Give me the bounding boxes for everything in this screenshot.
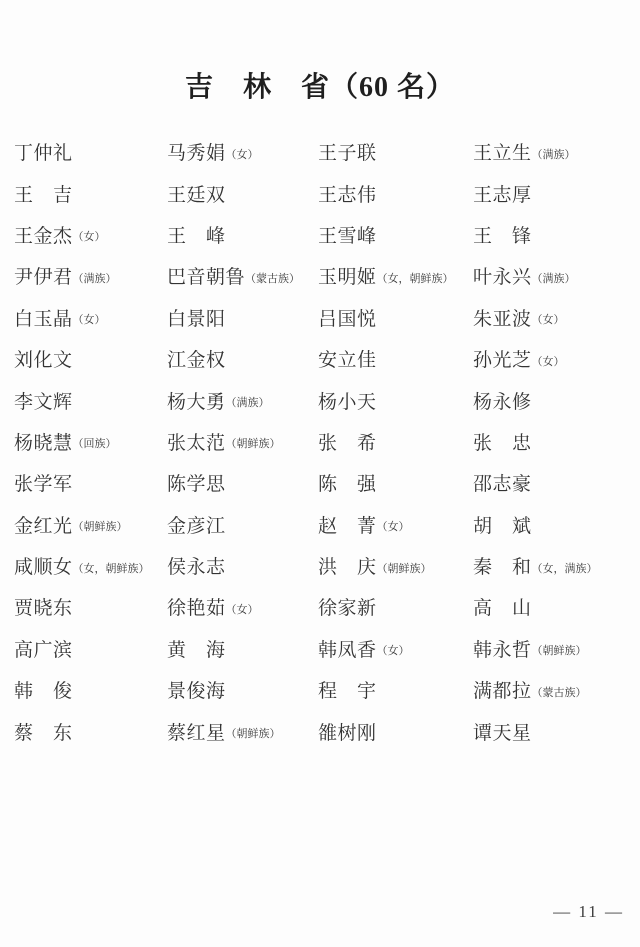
name-cell: 谭天星 [473, 710, 628, 751]
name-cell: 张 希 [318, 421, 473, 462]
person-ethnicity-gender-tag: （女） [226, 142, 259, 162]
name-cell: 蔡 东 [14, 710, 167, 751]
person-name: 蔡红星 [167, 718, 226, 745]
name-cell: 王子联 [318, 131, 473, 172]
person-name: 高 山 [473, 593, 532, 620]
person-name: 叶永兴 [473, 262, 532, 289]
name-cell: 黄 海 [167, 628, 318, 669]
name-cell: 王廷双 [167, 172, 318, 213]
person-ethnicity-gender-tag: （朝鲜族） [226, 721, 281, 741]
person-name: 胡 斌 [473, 511, 532, 538]
person-ethnicity-gender-tag: （朝鲜族） [377, 556, 432, 576]
person-name: 陈学思 [167, 469, 226, 496]
person-name: 王志伟 [318, 180, 377, 207]
person-name: 邵志豪 [473, 469, 532, 496]
person-name: 王廷双 [167, 180, 226, 207]
person-ethnicity-gender-tag: （女） [226, 597, 259, 617]
person-ethnicity-gender-tag: （女） [377, 638, 410, 658]
name-cell: 杨永修 [473, 379, 628, 420]
person-name: 张太范 [167, 428, 226, 455]
person-name: 韩永哲 [473, 635, 532, 662]
person-name: 高广滨 [14, 635, 73, 662]
person-name: 杨永修 [473, 387, 532, 414]
person-name: 王金杰 [14, 221, 73, 248]
person-name: 玉明姬 [318, 262, 377, 289]
person-name: 白玉晶 [14, 304, 73, 331]
name-cell: 杨晓慧（回族） [14, 421, 167, 462]
person-name: 金红光 [14, 511, 73, 538]
name-cell: 马秀娟（女） [167, 131, 318, 172]
person-name: 洪 庆 [318, 552, 377, 579]
name-cell: 高 山 [473, 586, 628, 627]
person-name: 朱亚波 [473, 304, 532, 331]
person-ethnicity-gender-tag: （女，朝鲜族） [377, 266, 454, 286]
name-cell: 秦 和（女，满族） [473, 545, 628, 586]
person-ethnicity-gender-tag: （满族） [226, 390, 270, 410]
name-cell: 李文辉 [14, 379, 167, 420]
person-name: 王立生 [473, 138, 532, 165]
name-cell: 王雪峰 [318, 214, 473, 255]
name-cell: 朱亚波（女） [473, 297, 628, 338]
name-cell: 王 吉 [14, 172, 167, 213]
name-cell: 玉明姬（女，朝鲜族） [318, 255, 473, 296]
name-cell: 景俊海 [167, 669, 318, 710]
person-ethnicity-gender-tag: （女） [532, 349, 565, 369]
person-ethnicity-gender-tag: （朝鲜族） [226, 431, 281, 451]
person-name: 程 宇 [318, 676, 377, 703]
name-cell: 侯永志 [167, 545, 318, 586]
name-cell: 王 锋 [473, 214, 628, 255]
person-name: 张 忠 [473, 428, 532, 455]
person-ethnicity-gender-tag: （朝鲜族） [532, 638, 587, 658]
name-cell: 金红光（朝鲜族） [14, 504, 167, 545]
person-name: 徐家新 [318, 593, 377, 620]
name-cell: 韩永哲（朝鲜族） [473, 628, 628, 669]
person-name: 黄 海 [167, 635, 226, 662]
person-name: 吕国悦 [318, 304, 377, 331]
person-ethnicity-gender-tag: （蒙古族） [532, 680, 587, 700]
person-ethnicity-gender-tag: （女，满族） [532, 556, 598, 576]
page-number: — 11 — [553, 902, 624, 922]
name-cell: 洪 庆（朝鲜族） [318, 545, 473, 586]
person-ethnicity-gender-tag: （女） [73, 307, 106, 327]
name-cell: 赵 菁（女） [318, 504, 473, 545]
name-cell: 张学军 [14, 462, 167, 503]
person-name: 巴音朝鲁 [167, 262, 245, 289]
name-grid: 丁仲礼马秀娟（女）王子联王立生（满族）王 吉王廷双王志伟王志厚王金杰（女）王 峰… [14, 131, 628, 752]
name-cell: 王 峰 [167, 214, 318, 255]
person-ethnicity-gender-tag: （满族） [532, 142, 576, 162]
name-cell: 王金杰（女） [14, 214, 167, 255]
name-cell: 胡 斌 [473, 504, 628, 545]
person-name: 景俊海 [167, 676, 226, 703]
person-name: 杨大勇 [167, 387, 226, 414]
person-ethnicity-gender-tag: （蒙古族） [245, 266, 300, 286]
name-cell: 杨大勇（满族） [167, 379, 318, 420]
person-name: 蔡 东 [14, 718, 73, 745]
name-cell: 程 宇 [318, 669, 473, 710]
person-ethnicity-gender-tag: （女） [73, 224, 106, 244]
person-name: 马秀娟 [167, 138, 226, 165]
name-cell: 陈 强 [318, 462, 473, 503]
name-cell: 尹伊君（满族） [14, 255, 167, 296]
person-name: 雒树刚 [318, 718, 377, 745]
person-name: 王 峰 [167, 221, 226, 248]
name-cell: 韩凤香（女） [318, 628, 473, 669]
person-ethnicity-gender-tag: （朝鲜族） [73, 514, 128, 534]
name-cell: 徐艳茹（女） [167, 586, 318, 627]
name-cell: 徐家新 [318, 586, 473, 627]
name-cell: 满都拉（蒙古族） [473, 669, 628, 710]
person-name: 王雪峰 [318, 221, 377, 248]
name-cell: 张 忠 [473, 421, 628, 462]
name-cell: 金彦江 [167, 504, 318, 545]
person-name: 侯永志 [167, 552, 226, 579]
person-name: 秦 和 [473, 552, 532, 579]
person-name: 丁仲礼 [14, 138, 73, 165]
person-ethnicity-gender-tag: （满族） [73, 266, 117, 286]
name-cell: 吕国悦 [318, 297, 473, 338]
name-cell: 陈学思 [167, 462, 318, 503]
person-name: 杨小天 [318, 387, 377, 414]
name-cell: 咸顺女（女，朝鲜族） [14, 545, 167, 586]
name-cell: 王立生（满族） [473, 131, 628, 172]
name-cell: 丁仲礼 [14, 131, 167, 172]
name-cell: 江金权 [167, 338, 318, 379]
person-name: 王 锋 [473, 221, 532, 248]
name-cell: 安立佳 [318, 338, 473, 379]
person-name: 杨晓慧 [14, 428, 73, 455]
name-cell: 王志伟 [318, 172, 473, 213]
person-name: 满都拉 [473, 676, 532, 703]
name-cell: 蔡红星（朝鲜族） [167, 710, 318, 751]
person-name: 张学军 [14, 469, 73, 496]
person-ethnicity-gender-tag: （满族） [532, 266, 576, 286]
name-cell: 高广滨 [14, 628, 167, 669]
name-cell: 刘化文 [14, 338, 167, 379]
person-name: 刘化文 [14, 345, 73, 372]
person-name: 白景阳 [167, 304, 226, 331]
person-name: 王 吉 [14, 180, 73, 207]
person-name: 韩凤香 [318, 635, 377, 662]
person-name: 贾晓东 [14, 593, 73, 620]
name-cell: 杨小天 [318, 379, 473, 420]
person-name: 江金权 [167, 345, 226, 372]
name-cell: 韩 俊 [14, 669, 167, 710]
person-name: 徐艳茹 [167, 593, 226, 620]
person-name: 李文辉 [14, 387, 73, 414]
person-name: 赵 菁 [318, 511, 377, 538]
name-cell: 张太范（朝鲜族） [167, 421, 318, 462]
person-ethnicity-gender-tag: （女，朝鲜族） [73, 556, 150, 576]
name-cell: 雒树刚 [318, 710, 473, 751]
person-name: 王志厚 [473, 180, 532, 207]
person-name: 孙光芝 [473, 345, 532, 372]
person-name: 陈 强 [318, 469, 377, 496]
person-name: 张 希 [318, 428, 377, 455]
name-cell: 白景阳 [167, 297, 318, 338]
name-cell: 王志厚 [473, 172, 628, 213]
person-name: 金彦江 [167, 511, 226, 538]
name-cell: 贾晓东 [14, 586, 167, 627]
person-ethnicity-gender-tag: （女） [532, 307, 565, 327]
person-ethnicity-gender-tag: （回族） [73, 431, 117, 451]
person-name: 谭天星 [473, 718, 532, 745]
name-cell: 巴音朝鲁（蒙古族） [167, 255, 318, 296]
person-name: 韩 俊 [14, 676, 73, 703]
person-ethnicity-gender-tag: （女） [377, 514, 410, 534]
name-cell: 叶永兴（满族） [473, 255, 628, 296]
person-name: 咸顺女 [14, 552, 73, 579]
page-title: 吉 林 省（60 名） [0, 65, 640, 105]
name-cell: 白玉晶（女） [14, 297, 167, 338]
person-name: 王子联 [318, 138, 377, 165]
person-name: 安立佳 [318, 345, 377, 372]
name-cell: 孙光芝（女） [473, 338, 628, 379]
person-name: 尹伊君 [14, 262, 73, 289]
name-cell: 邵志豪 [473, 462, 628, 503]
